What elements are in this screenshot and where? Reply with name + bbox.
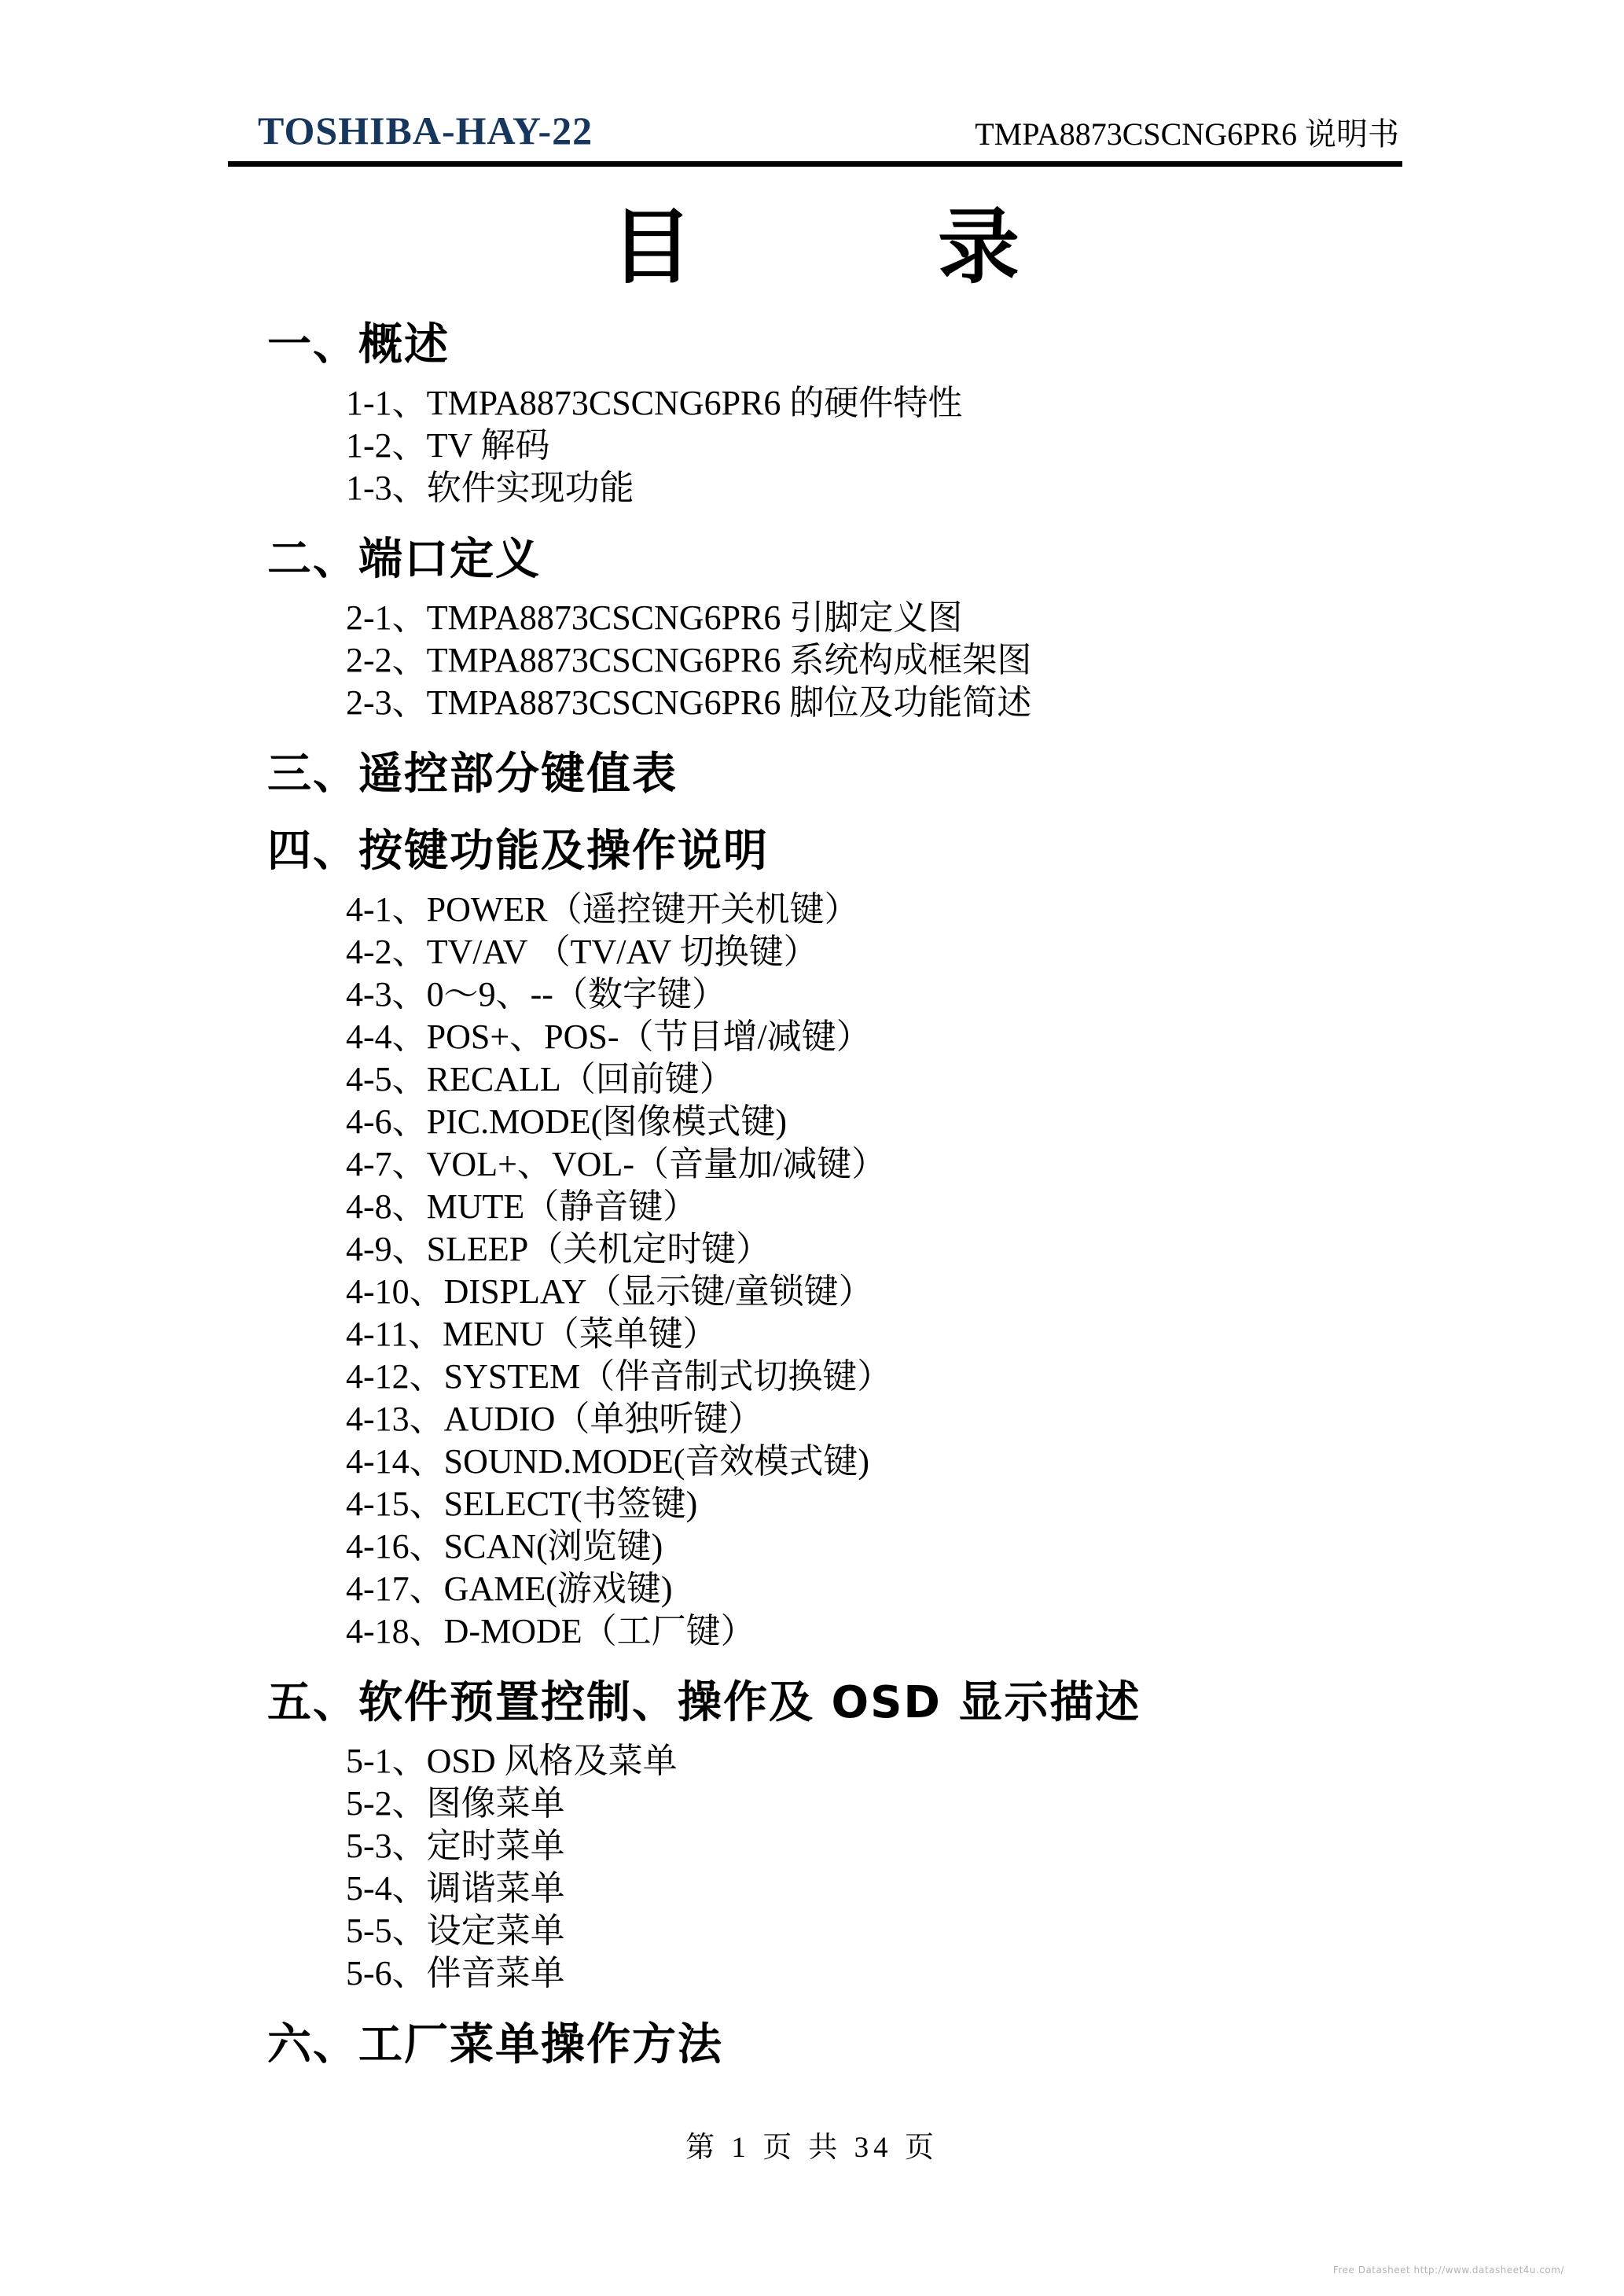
toc-item: 4-4、POS+、POS-（节目增/减键）	[346, 1016, 1402, 1058]
toc-item: 4-16、SCAN(浏览键)	[346, 1525, 1402, 1568]
toc-item: 4-5、RECALL（回前键）	[346, 1058, 1402, 1101]
page-header: TOSHIBA-HAY-22 TMPA8873CSCNG6PR6 说明书	[228, 110, 1402, 167]
toc-item: 2-3、TMPA8873CSCNG6PR6 脚位及功能简述	[346, 682, 1402, 724]
toc-section-heading-1: 一、概述	[267, 318, 1402, 371]
document-page: TOSHIBA-HAY-22 TMPA8873CSCNG6PR6 说明书 目 录…	[0, 0, 1624, 2296]
toc-item: 4-3、0～9、--（数字键）	[346, 973, 1402, 1016]
model-name: TOSHIBA-HAY-22	[258, 110, 593, 152]
toc-section-heading-2: 二、端口定义	[267, 533, 1402, 586]
toc-item: 4-18、D-MODE（工厂键）	[346, 1610, 1402, 1653]
page-content: TOSHIBA-HAY-22 TMPA8873CSCNG6PR6 说明书 目 录…	[228, 110, 1402, 2082]
toc-item: 4-10、DISPLAY（显示键/童锁键）	[346, 1271, 1402, 1313]
toc-item: 4-12、SYSTEM（伴音制式切换键）	[346, 1356, 1402, 1398]
toc-item: 4-6、PIC.MODE(图像模式键)	[346, 1101, 1402, 1143]
doc-name: TMPA8873CSCNG6PR6 说明书	[975, 117, 1399, 152]
toc-section-heading-6: 六、工厂菜单操作方法	[267, 2018, 1402, 2071]
toc-item: 5-4、调谐菜单	[346, 1867, 1402, 1910]
toc-item: 2-1、TMPA8873CSCNG6PR6 引脚定义图	[346, 597, 1402, 639]
toc-item: 4-8、MUTE（静音键）	[346, 1186, 1402, 1228]
toc-item: 1-1、TMPA8873CSCNG6PR6 的硬件特性	[346, 382, 1402, 425]
toc-item: 4-17、GAME(游戏键)	[346, 1568, 1402, 1610]
toc-item: 2-2、TMPA8873CSCNG6PR6 系统构成框架图	[346, 639, 1402, 682]
toc-item: 1-2、TV 解码	[346, 425, 1402, 467]
toc-item: 4-11、MENU（菜单键）	[346, 1313, 1402, 1356]
toc-item: 5-5、设定菜单	[346, 1910, 1402, 1952]
toc-item: 5-1、OSD 风格及菜单	[346, 1740, 1402, 1783]
toc-item: 4-9、SLEEP（关机定时键）	[346, 1228, 1402, 1271]
toc-item: 4-2、TV/AV （TV/AV 切换键）	[346, 931, 1402, 973]
toc-item: 4-15、SELECT(书签键)	[346, 1483, 1402, 1525]
watermark-text: Free Datasheet http://www.datasheet4u.co…	[1333, 2265, 1564, 2276]
toc-section-heading-3: 三、遥控部分键值表	[267, 748, 1402, 800]
page-number: 第 1 页 共 34 页	[0, 2123, 1624, 2165]
page-title: 目 录	[228, 201, 1402, 296]
toc-item: 4-1、POWER（遥控键开关机键）	[346, 889, 1402, 931]
toc-item: 5-2、图像菜单	[346, 1783, 1402, 1825]
toc-item: 4-14、SOUND.MODE(音效模式键)	[346, 1441, 1402, 1483]
toc-section-heading-5: 五、软件预置控制、操作及 OSD 显示描述	[267, 1676, 1402, 1729]
toc-item: 5-6、伴音菜单	[346, 1952, 1402, 1995]
toc-section-heading-4: 四、按键功能及操作说明	[267, 825, 1402, 878]
toc-item: 4-13、AUDIO（单独听键）	[346, 1398, 1402, 1441]
toc-item: 4-7、VOL+、VOL-（音量加/减键）	[346, 1143, 1402, 1186]
toc-item: 1-3、软件实现功能	[346, 467, 1402, 510]
toc-item: 5-3、定时菜单	[346, 1825, 1402, 1867]
